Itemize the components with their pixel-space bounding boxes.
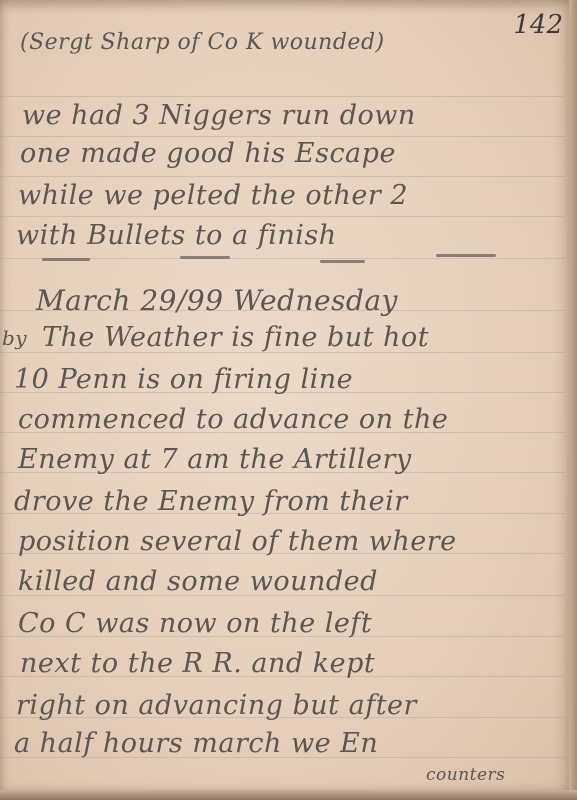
separator-flourish [320, 260, 365, 263]
diary-line: position several of them where [18, 526, 457, 557]
diary-line: next to the R R. and kept [20, 648, 375, 679]
diary-line: Co C was now on the left [18, 608, 372, 639]
diary-line: commenced to advance on the [18, 404, 448, 435]
header-note: (Sergt Sharp of Co K wounded) [20, 30, 385, 55]
ruled-line [0, 96, 565, 97]
catchword: counters [426, 765, 505, 785]
diary-line: drove the Enemy from their [14, 486, 408, 517]
margin-fragment: by [2, 326, 27, 350]
ruled-line [0, 216, 565, 217]
diary-line: 10 Penn is on firing line [14, 364, 353, 395]
page-number: 142 [513, 10, 563, 40]
diary-line: with Bullets to a finish [16, 220, 337, 251]
diary-line: while we pelted the other 2 [18, 180, 408, 211]
diary-line: right on advancing but after [16, 690, 417, 721]
ruled-line [0, 136, 565, 137]
diary-line: killed and some wounded [18, 566, 378, 597]
diary-line: one made good his Escape [20, 138, 396, 169]
diary-line: a half hours march we En [14, 728, 378, 759]
ruled-line [0, 176, 565, 177]
separator-flourish [42, 258, 90, 261]
separator-flourish [436, 254, 496, 257]
separator-flourish [180, 256, 230, 259]
diary-page: 142 (Sergt Sharp of Co K wounded) we had… [0, 0, 577, 800]
diary-line: The Weather is fine but hot [42, 322, 429, 353]
diary-line: we had 3 Niggers run down [22, 100, 416, 131]
page-edge-bottom [0, 790, 577, 800]
page-edge-right [569, 0, 577, 800]
entry-date: March 29/99 Wednesday [36, 284, 398, 317]
diary-line: Enemy at 7 am the Artillery [18, 444, 412, 475]
